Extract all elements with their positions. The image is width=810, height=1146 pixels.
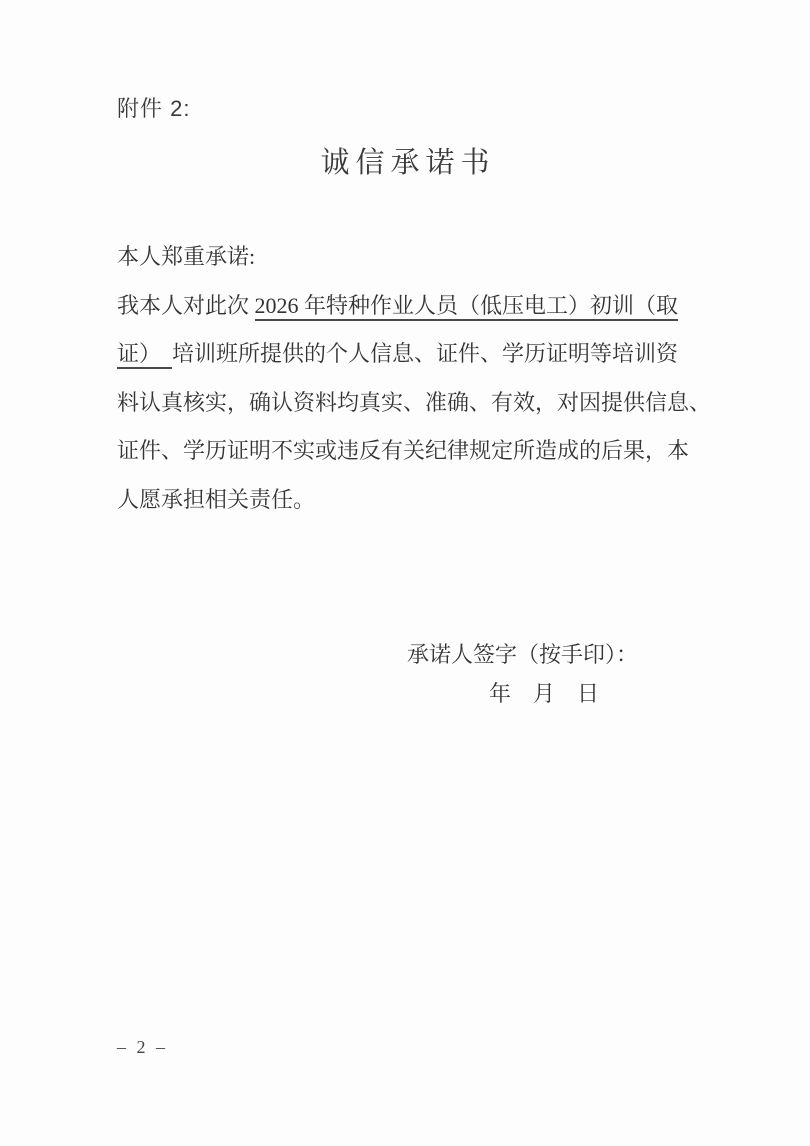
line-segment-pre: 人愿承担相关责任。 — [117, 487, 315, 512]
line-segment-pre: 本人郑重承诺: — [117, 244, 255, 269]
body-line: 证） 培训班所提供的个人信息、证件、学历证明等培训资 — [117, 330, 711, 379]
line-segment-pre: 料认真核实，确认资料均真实、准确、有效，对因提供信息、 — [117, 390, 711, 415]
body-line: 料认真核实，确认资料均真实、准确、有效，对因提供信息、 — [117, 379, 711, 428]
body-line: 我本人对此次 2026 年特种作业人员（低压电工）初训（取 — [117, 282, 711, 331]
line-segment-pre: 证件、学历证明不实或违反有关纪律规定所造成的后果，本 — [117, 438, 689, 463]
underline-segment-filled-blank: 证） — [117, 341, 172, 369]
body-line: 人愿承担相关责任。 — [117, 476, 711, 525]
document-page: 附件 2: 诚信承诺书 本人郑重承诺: 我本人对此次 2026 年特种作业人员（… — [0, 0, 810, 1146]
underline-segment-filled-blank: 2026 年特种作业人员（低压电工）初训（取 — [255, 293, 679, 321]
attachment-label: 附件 2: — [117, 92, 190, 123]
document-title: 诚信承诺书 — [0, 140, 810, 181]
line-segment-post: 培训班所提供的个人信息、证件、学历证明等培训资 — [172, 341, 678, 366]
body-line: 证件、学历证明不实或违反有关纪律规定所造成的后果，本 — [117, 427, 711, 476]
body-text-block: 本人郑重承诺: 我本人对此次 2026 年特种作业人员（低压电工）初训（取 证）… — [117, 233, 711, 524]
page-number: – 2 – — [117, 1037, 168, 1058]
body-line-salutation: 本人郑重承诺: — [117, 233, 711, 282]
signature-label: 承诺人签字（按手印）： — [407, 638, 638, 669]
line-segment-pre: 我本人对此次 — [117, 293, 255, 318]
date-label: 年 月 日 — [489, 677, 599, 708]
